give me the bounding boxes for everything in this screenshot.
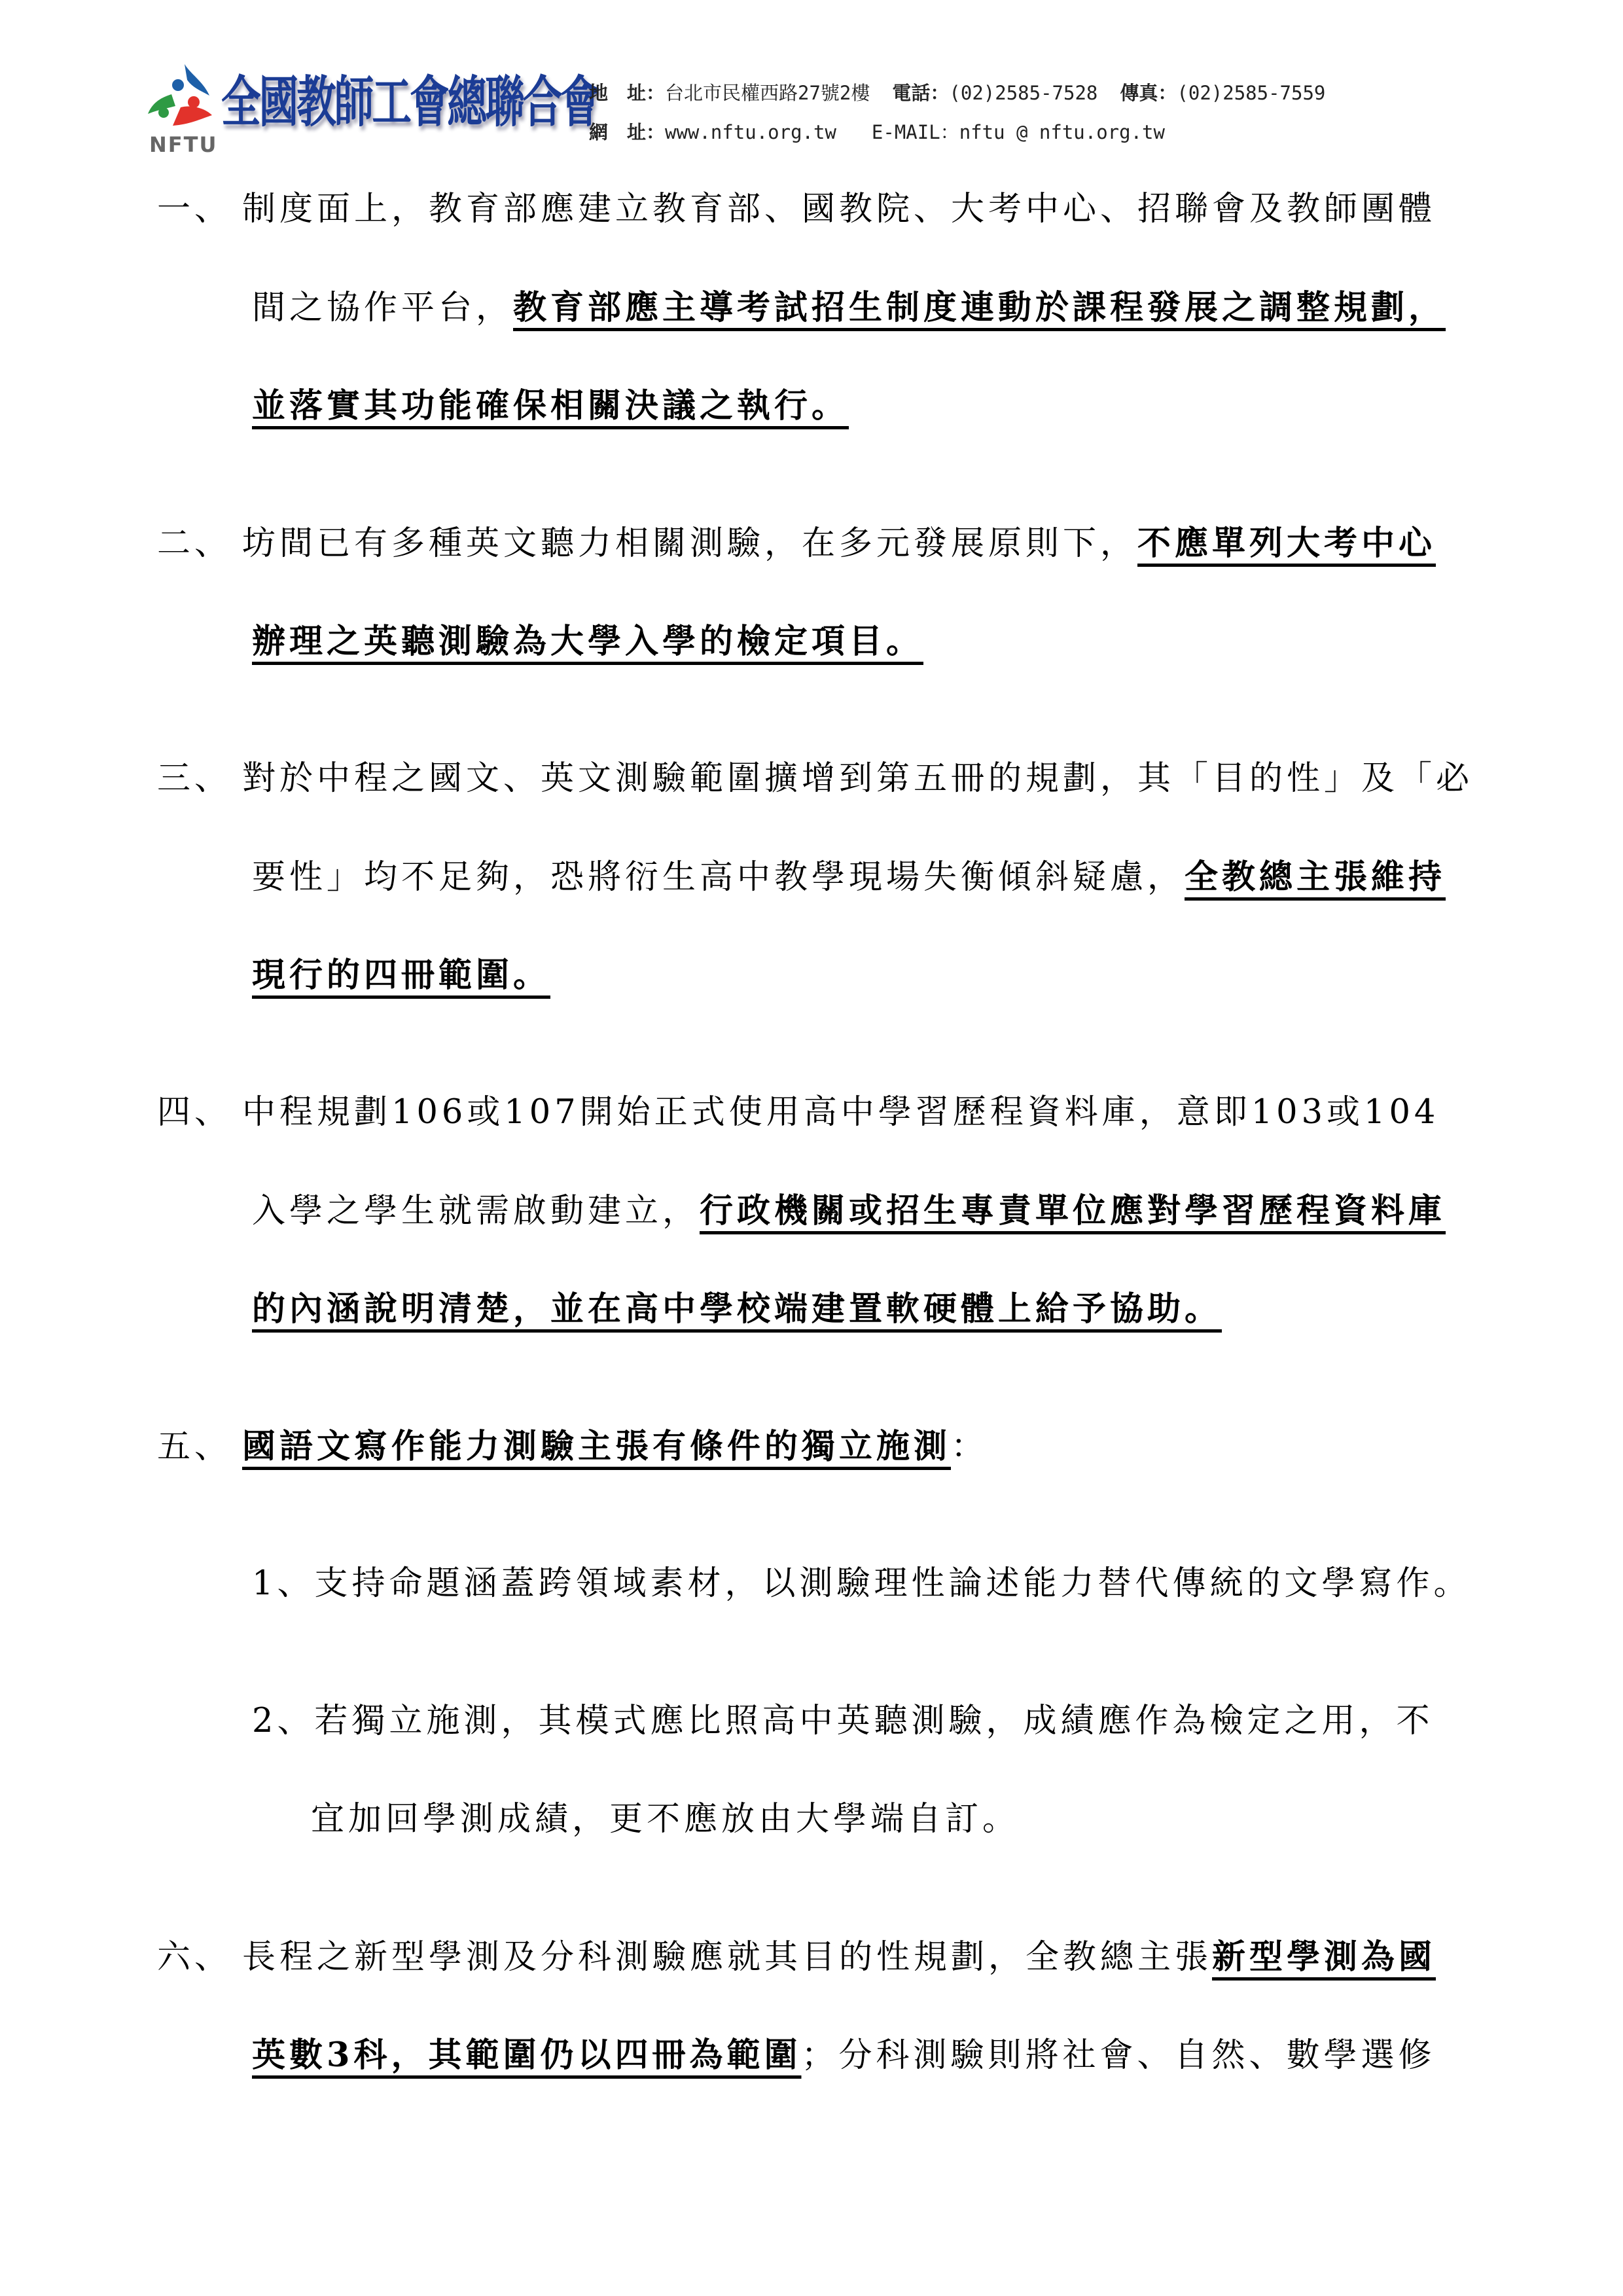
text: 間之協作平台，: [252, 289, 513, 327]
phone-label: 電話：: [892, 82, 949, 104]
point-1-line-1: 一、制度面上，教育部應建立教育部、國教院、大考中心、招聯會及教師團體: [157, 177, 1479, 275]
contact-row-1: 地 址：台北市民權西路27號2樓電話：(02)2585-7528傳真：(02)2…: [589, 73, 1325, 113]
point-4-line-2: 入學之學生就需啟動建立，行政機關或招生專責單位應對學習歷程資料庫: [157, 1178, 1479, 1276]
point-number: 六、: [157, 1925, 242, 1990]
document-body: 一、制度面上，教育部應建立教育部、國教院、大考中心、招聯會及教師團體 間之協作平…: [157, 177, 1479, 2121]
website-label: 網 址：: [589, 121, 665, 143]
nftu-emblem-icon: [144, 62, 216, 134]
fax-value: (02)2585-7559: [1177, 82, 1325, 104]
subpoint-2-continuation: 宜加回學測成績，更不應放由大學端自訂。: [157, 1787, 1479, 1885]
emphasis-text: 不應單列大考中心: [1137, 524, 1436, 563]
heading-colon: ：: [951, 1427, 988, 1466]
point-1: 一、制度面上，教育部應建立教育部、國教院、大考中心、招聯會及教師團體 間之協作平…: [157, 177, 1479, 471]
subpoint-1: 1、支持命題涵蓋跨領域素材，以測驗理性論述能力替代傳統的文學寫作。: [157, 1551, 1479, 1649]
point-4-line-3: 的內涵說明清楚，並在高中學校端建置軟硬體上給予協助。: [157, 1276, 1479, 1374]
text: 對於中程之國文、英文測驗範圍擴增到第五冊的規劃，其「目的性」及「必: [242, 759, 1473, 798]
point-2-line-1: 二、坊間已有多種英文聽力相關測驗，在多元發展原則下，不應單列大考中心: [157, 511, 1479, 609]
emphasis-text: 辦理之英聽測驗為大學入學的檢定項目。: [252, 622, 923, 661]
point-1-line-3: 並落實其功能確保相關決議之執行。: [157, 373, 1479, 471]
point-number: 五、: [157, 1414, 242, 1480]
point-3: 三、對於中程之國文、英文測驗範圍擴增到第五冊的規劃，其「目的性」及「必 要性」均…: [157, 746, 1479, 1041]
point-3-line-1: 三、對於中程之國文、英文測驗範圍擴增到第五冊的規劃，其「目的性」及「必: [157, 746, 1479, 844]
text: 長程之新型學測及分科測驗應就其目的性規劃，全教總主張: [242, 1938, 1212, 1977]
subpoint-text: 1、支持命題涵蓋跨領域素材，以測驗理性論述能力替代傳統的文學寫作。: [252, 1564, 1471, 1603]
point-number: 四、: [157, 1080, 242, 1145]
address-label: 地 址：: [589, 82, 665, 104]
letterhead: NFTU 全國教師工會總聯合會 地 址：台北市民權西路27號2樓電話：(02)2…: [144, 59, 1492, 157]
point-number: 二、: [157, 511, 242, 577]
nftu-logo: NFTU 全國教師工會總聯合會: [144, 59, 550, 157]
emphasis-text: 全教總主張維持: [1185, 857, 1446, 897]
text: 坊間已有多種英文聽力相關測驗，在多元發展原則下，: [242, 524, 1137, 563]
contact-row-2: 網 址：www.nftu.org.twE-MAIL：nftu @ nftu.or…: [589, 113, 1325, 152]
emphasis-text: 新型學測為國: [1212, 1937, 1436, 1977]
subpoint-text: 2、若獨立施測，其模式應比照高中英聽測驗，成績應作為檢定之用，不: [252, 1702, 1433, 1740]
point-3-line-2: 要性」均不足夠，恐將衍生高中教學現場失衡傾斜疑慮，全教總主張維持: [157, 844, 1479, 942]
point-5: 五、國語文寫作能力測驗主張有條件的獨立施測： 1、支持命題涵蓋跨領域素材，以測驗…: [157, 1414, 1479, 1885]
point-number: 三、: [157, 746, 242, 812]
point-6: 六、長程之新型學測及分科測驗應就其目的性規劃，全教總主張新型學測為國 英數3科，…: [157, 1924, 1479, 2121]
subpoint-text: 宜加回學測成績，更不應放由大學端自訂。: [311, 1800, 1020, 1839]
text: 中程規劃106或107開始正式使用高中學習歷程資料庫，意即103或104: [242, 1093, 1439, 1132]
address-value: 台北市民權西路27號2樓: [665, 82, 870, 104]
point-1-line-2: 間之協作平台，教育部應主導考試招生制度連動於課程發展之調整規劃，: [157, 275, 1479, 373]
emphasis-text: 的內涵說明清楚，並在高中學校端建置軟硬體上給予協助。: [252, 1289, 1222, 1329]
point-2: 二、坊間已有多種英文聽力相關測驗，在多元發展原則下，不應單列大考中心 辦理之英聽…: [157, 511, 1479, 707]
emphasis-text: 現行的四冊範圍。: [252, 956, 550, 995]
emphasis-text: 教育部應主導考試招生制度連動於課程發展之調整規劃，: [513, 288, 1446, 327]
point-5-heading-text: 國語文寫作能力測驗主張有條件的獨立施測: [242, 1427, 951, 1466]
text: ；分科測驗則將社會、自然、數學選修: [802, 2036, 1436, 2075]
text: 入學之學生就需啟動建立，: [252, 1192, 700, 1230]
point-number: 一、: [157, 177, 242, 242]
point-2-line-2: 辦理之英聽測驗為大學入學的檢定項目。: [157, 609, 1479, 707]
emphasis-text: 行政機關或招生專責單位應對學習歷程資料庫: [700, 1191, 1446, 1230]
point-5-heading: 五、國語文寫作能力測驗主張有條件的獨立施測：: [157, 1414, 1479, 1512]
emphasis-text: 並落實其功能確保相關決議之執行。: [252, 386, 849, 425]
point-6-line-2: 英數3科，其範圍仍以四冊為範圍；分科測驗則將社會、自然、數學選修: [157, 2022, 1479, 2121]
point-3-line-3: 現行的四冊範圍。: [157, 942, 1479, 1041]
text: 制度面上，教育部應建立教育部、國教院、大考中心、招聯會及教師團體: [242, 190, 1436, 228]
point-6-line-1: 六、長程之新型學測及分科測驗應就其目的性規劃，全教總主張新型學測為國: [157, 1924, 1479, 2022]
phone-value: (02)2585-7528: [949, 82, 1097, 104]
point-4: 四、中程規劃106或107開始正式使用高中學習歷程資料庫，意即103或104 入…: [157, 1080, 1479, 1374]
text: 要性」均不足夠，恐將衍生高中教學現場失衡傾斜疑慮，: [252, 858, 1185, 897]
contact-info: 地 址：台北市民權西路27號2樓電話：(02)2585-7528傳真：(02)2…: [589, 73, 1325, 152]
point-4-line-1: 四、中程規劃106或107開始正式使用高中學習歷程資料庫，意即103或104: [157, 1080, 1479, 1178]
email-label: E-MAIL：: [872, 121, 959, 143]
logo-abbreviation: NFTU: [149, 132, 217, 157]
emphasis-text: 英數3科，其範圍仍以四冊為範圍: [252, 2036, 802, 2075]
subpoint-2: 2、若獨立施測，其模式應比照高中英聽測驗，成績應作為檢定之用，不: [157, 1689, 1479, 1787]
email-link[interactable]: nftu @ nftu.org.tw: [959, 121, 1165, 143]
website-link[interactable]: www.nftu.org.tw: [665, 121, 836, 143]
fax-label: 傳真：: [1120, 82, 1177, 104]
logo-organization-name: 全國教師工會總聯合會: [221, 63, 598, 141]
